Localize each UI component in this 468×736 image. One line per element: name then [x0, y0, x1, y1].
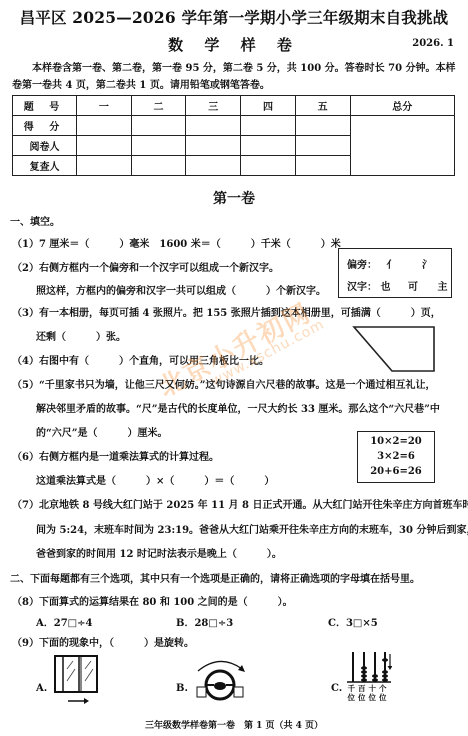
calc-step: 3×2=6	[358, 449, 434, 464]
score-cell[interactable]	[295, 136, 350, 156]
question-6-line-2: 这道乘法算式是（ ）×（ ）＝（ ）	[36, 472, 274, 487]
question-3-line-2: 还剩（ ）张。	[36, 328, 126, 343]
abacus-icon	[346, 648, 392, 684]
trapezoid-figure	[352, 325, 436, 373]
place-label: 百位	[357, 684, 368, 702]
header-cell: 二	[131, 96, 186, 116]
row-label: 复查人	[13, 156, 77, 176]
score-table: 题 号 一 二 三 四 五 总分 得 分 阅卷人 复查人	[12, 95, 455, 176]
volume-title: 第一卷	[0, 188, 468, 208]
place-label: 千位	[346, 684, 357, 702]
score-cell[interactable]	[186, 116, 241, 136]
character: 主	[437, 282, 447, 293]
score-cell[interactable]	[131, 136, 186, 156]
question-1: （1）7 厘米＝（ ）毫米 1600 米＝（ ）千米（ ）米	[12, 235, 341, 250]
header-cell: 总分	[350, 96, 454, 116]
score-cell[interactable]	[186, 136, 241, 156]
score-cell[interactable]	[241, 116, 296, 136]
question-7-line-3: 爸爸到家的时间用 12 时记时法表示是晚上（ ）。	[36, 545, 282, 560]
question-5-line-2: 解决邻里矛盾的故事。“尺”是古代的长度单位，一尺大约长 33 厘米。那么这个“六…	[36, 400, 440, 415]
exam-instructions: 本样卷含第一卷、第二卷，第一卷 95 分，第二卷 5 分，共 100 分。答卷时…	[12, 60, 462, 94]
steering-wheel-icon	[192, 655, 248, 701]
header-cell: 三	[186, 96, 241, 116]
radicals-row: 偏旁： 亻 氵	[347, 256, 432, 271]
question-7-line-2: 间为 5:24，末班车时间为 23:19。爸爸从大红门站乘开往朱辛庄方向的末班车…	[36, 521, 468, 536]
row-label: 得 分	[13, 116, 77, 136]
total-score-cell[interactable]	[350, 116, 454, 176]
exam-subtitle: 数 学 样 卷	[0, 34, 468, 55]
question-2-line-1: （2）右侧方框内一个偏旁和一个汉字可以组成一个新汉字。	[12, 259, 279, 274]
question-8: （8）下面算式的运算结果在 80 和 100 之间的是（ ）。	[12, 593, 293, 608]
header-cell: 四	[241, 96, 296, 116]
header-cell: 一	[77, 96, 132, 116]
option-c: C．3□×5	[328, 614, 378, 629]
radical: 氵	[422, 260, 432, 271]
page-footer: 三年级数学样卷第一卷 第 1 页（共 4 页）	[0, 718, 468, 731]
place-label: 十位	[367, 684, 378, 702]
score-cell[interactable]	[241, 156, 296, 176]
section-1-title: 一、填空。	[10, 213, 60, 228]
score-cell[interactable]	[77, 136, 132, 156]
score-cell[interactable]	[77, 116, 132, 136]
characters-label: 汉字：	[347, 282, 377, 293]
section-2-title: 二、下面每题都有三个选项，其中只有一个选项是正确的，请将正确选项的字母填在括号里…	[10, 570, 420, 585]
abacus-place-labels: 千位百位十位个位	[346, 684, 388, 702]
radicals-label: 偏旁：	[347, 260, 377, 271]
score-row: 得 分	[13, 116, 455, 136]
option-b-label: B.	[176, 683, 188, 694]
score-cell[interactable]	[186, 156, 241, 176]
score-cell[interactable]	[131, 116, 186, 136]
score-cell[interactable]	[131, 156, 186, 176]
score-table-header-row: 题 号 一 二 三 四 五 总分	[13, 96, 455, 116]
question-5-line-3: 的“六尺”是（ ）厘米。	[36, 424, 168, 439]
header-cell: 五	[295, 96, 350, 116]
exam-title: 昌平区 2025—2026 学年第一学期小学三年级期末自我挑战	[0, 6, 468, 28]
option-a: A．27□÷4	[36, 614, 92, 629]
radical: 亻	[386, 260, 396, 271]
character: 可	[408, 282, 418, 293]
characters-row: 汉字： 也 可 主	[347, 278, 447, 293]
place-label: 个位	[378, 684, 389, 702]
score-cell[interactable]	[295, 116, 350, 136]
radical-character-box: 偏旁： 亻 氵 汉字： 也 可 主	[338, 248, 452, 298]
calc-step: 20+6=26	[358, 464, 434, 479]
calculation-box: 10×2=20 3×2=6 20+6=26	[357, 431, 435, 483]
option-a-label: A.	[36, 683, 47, 694]
option-b: B．28□÷3	[176, 614, 233, 629]
score-cell[interactable]	[241, 136, 296, 156]
question-9: （9）下面的现象中，（ ）是旋转。	[12, 634, 194, 649]
sliding-window-icon	[54, 655, 100, 707]
question-5-line-1: （5）“千里家书只为墙，让他三尺又何妨。”这句诗源自六尺巷的故事。这是一个通过相…	[12, 376, 435, 391]
question-2-line-2: 照这样，方框内的偏旁和汉字一共可以组成（ ）个新汉字。	[36, 282, 326, 297]
score-cell[interactable]	[295, 156, 350, 176]
question-7-line-1: （7）北京地铁 8 号线大红门站于 2025 年 11 月 8 日正式开通。从大…	[12, 496, 468, 511]
exam-date: 2026. 1	[412, 38, 454, 49]
calc-step: 10×2=20	[358, 434, 434, 449]
question-6-line-1: （6）右侧方框内是一道乘法算式的计算过程。	[12, 448, 219, 463]
row-label: 阅卷人	[13, 136, 77, 156]
option-c-label: C.	[331, 683, 342, 694]
character: 也	[380, 282, 390, 293]
question-3-line-1: （3）有一本相册，每页可插 4 张照片。把 155 张照片插到这本相册里，可插满…	[12, 304, 441, 319]
score-cell[interactable]	[77, 156, 132, 176]
header-cell: 题 号	[13, 96, 77, 116]
